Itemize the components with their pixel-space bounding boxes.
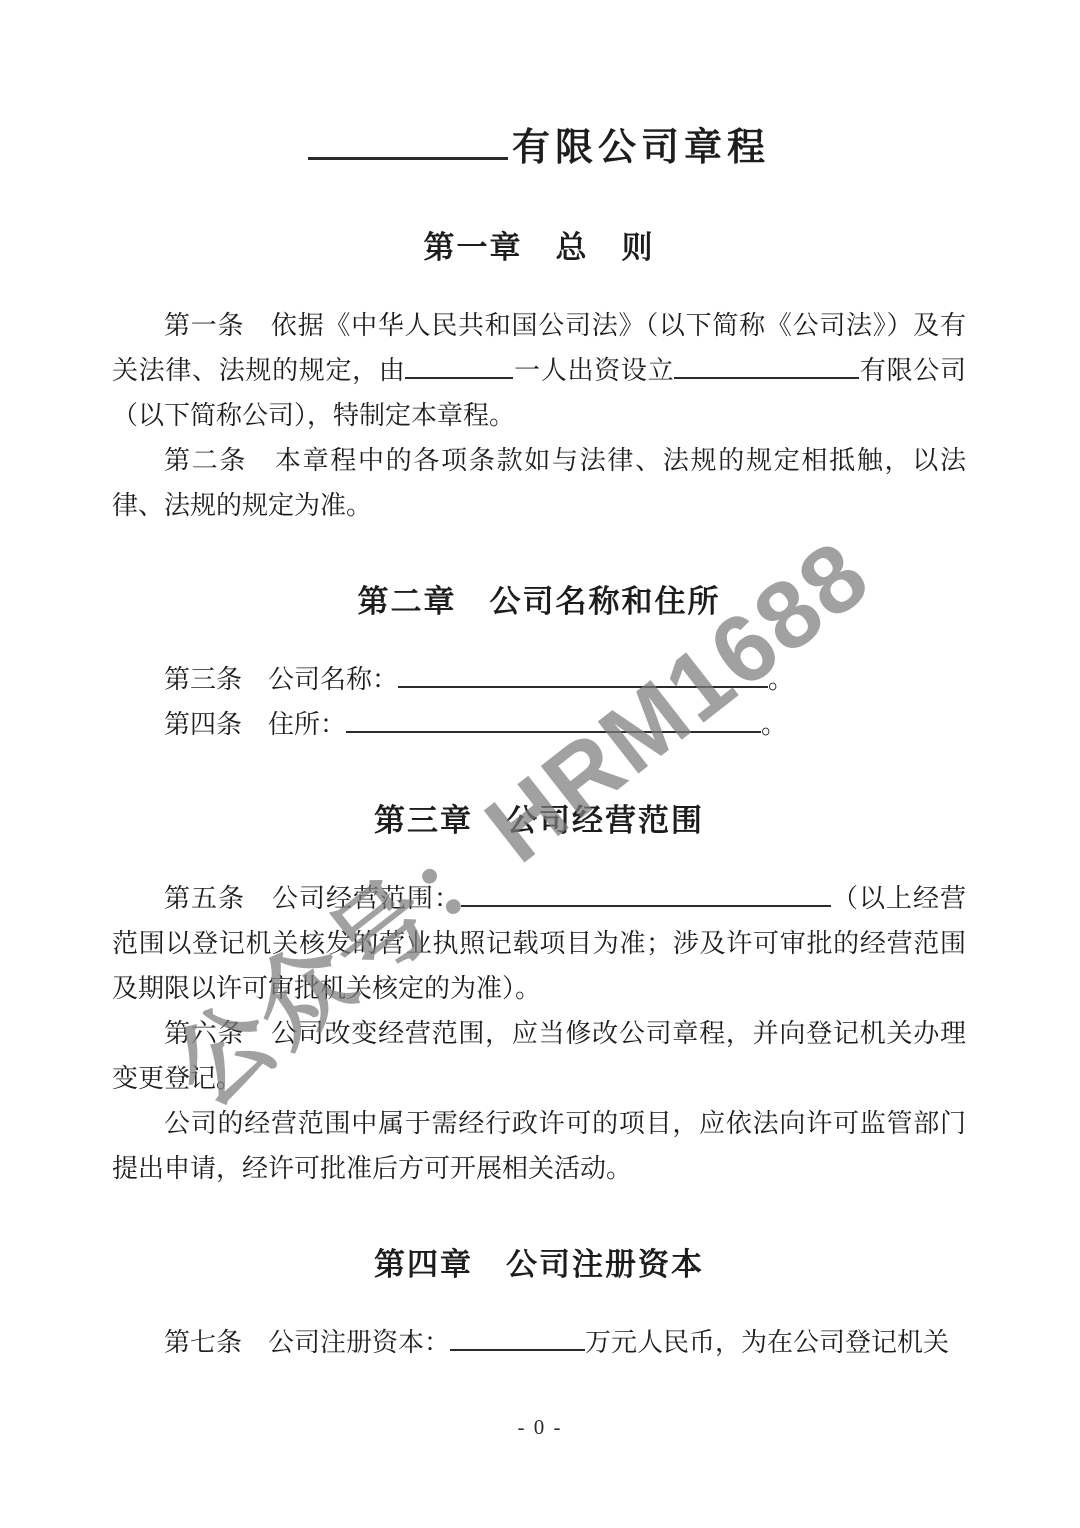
document-body: 第一章 总 则第一条 依据《中华人民共和国公司法》（以下简称《公司法》）及有关法… xyxy=(112,226,966,1365)
section-heading: 第四章 公司注册资本 xyxy=(112,1243,966,1286)
blank-line xyxy=(674,350,859,379)
paragraph: 第三条 公司名称：。 xyxy=(112,657,966,702)
text-run: 。 xyxy=(768,665,794,694)
blank-line xyxy=(461,878,831,907)
paragraph: 第五条 公司经营范围：（以上经营范围以登记机关核发的营业执照记载项目为准；涉及许… xyxy=(112,876,966,1011)
section-heading: 第一章 总 则 xyxy=(112,226,966,269)
blank-line xyxy=(398,659,768,688)
section-heading: 第二章 公司名称和住所 xyxy=(112,580,966,623)
text-run: 万元人民币，为在公司登记机关 xyxy=(585,1328,949,1357)
text-run: 第六条 公司改变经营范围，应当修改公司章程，并向登记机关办理变更登记。 xyxy=(112,1019,966,1093)
paragraph: 第四条 住所：。 xyxy=(112,702,966,747)
paragraph: 第一条 依据《中华人民共和国公司法》（以下简称《公司法》）及有关法律、法规的规定… xyxy=(112,303,966,438)
text-run: 公司的经营范围中属于需经行政许可的项目，应依法向许可监管部门提出申请，经许可批准… xyxy=(112,1109,966,1183)
document-title: 有限公司章程 xyxy=(112,118,966,174)
title-text: 有限公司章程 xyxy=(512,127,770,169)
text-run: 第三条 公司名称： xyxy=(164,665,398,694)
text-run: 第二条 本章程中的各项条款如与法律、法规的规定相抵触，以法律、法规的规定为准。 xyxy=(112,446,966,520)
blank-line xyxy=(450,1322,585,1351)
text-run: 一人出资设立 xyxy=(513,356,674,385)
title-blank-line xyxy=(308,118,508,160)
page-number: - 0 - xyxy=(0,1415,1080,1440)
blank-line xyxy=(405,350,513,379)
text-run: 第四条 住所： xyxy=(164,710,346,739)
text-run: 。 xyxy=(761,710,787,739)
paragraph: 第七条 公司注册资本：万元人民币，为在公司登记机关 xyxy=(112,1320,966,1365)
paragraph: 第二条 本章程中的各项条款如与法律、法规的规定相抵触，以法律、法规的规定为准。 xyxy=(112,438,966,528)
text-run: 第七条 公司注册资本： xyxy=(164,1328,450,1357)
document-page: 有限公司章程 第一章 总 则第一条 依据《中华人民共和国公司法》（以下简称《公司… xyxy=(0,0,1080,1528)
section-heading: 第三章 公司经营范围 xyxy=(112,799,966,842)
text-run: 第五条 公司经营范围： xyxy=(164,884,461,913)
blank-line xyxy=(346,704,761,733)
paragraph: 公司的经营范围中属于需经行政许可的项目，应依法向许可监管部门提出申请，经许可批准… xyxy=(112,1101,966,1191)
paragraph: 第六条 公司改变经营范围，应当修改公司章程，并向登记机关办理变更登记。 xyxy=(112,1011,966,1101)
